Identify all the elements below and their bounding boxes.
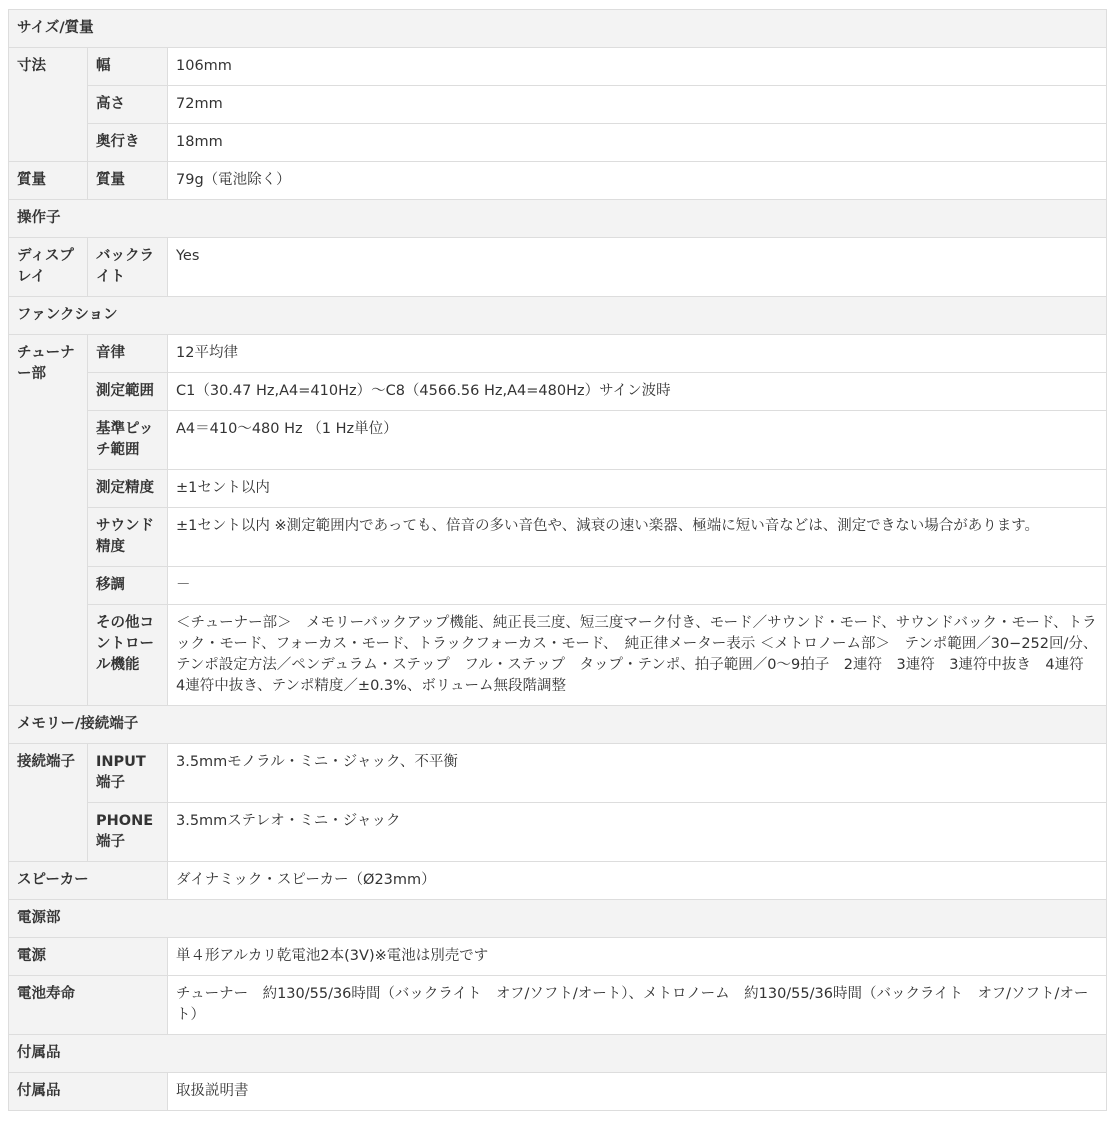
spec-row: 移調 － [9, 567, 1107, 605]
group-label: スピーカー [9, 862, 168, 900]
spec-row: 電池寿命 チューナー 約130/55/36時間（バックライト オフ/ソフト/オー… [9, 976, 1107, 1035]
sub-label: INPUT端子 [88, 744, 168, 803]
spec-row: 測定精度 ±1セント以内 [9, 470, 1107, 508]
sub-label: 測定精度 [88, 470, 168, 508]
sub-label: 測定範囲 [88, 373, 168, 411]
sub-label: その他コントロール機能 [88, 605, 168, 706]
sub-label: 基準ピッチ範囲 [88, 411, 168, 470]
spec-row: チューナー部 音律 12平均律 [9, 335, 1107, 373]
spec-row: PHONE端子 3.5mmステレオ・ミニ・ジャック [9, 803, 1107, 862]
group-label: 接続端子 [9, 744, 88, 862]
group-label: 質量 [9, 162, 88, 200]
spec-value: 3.5mmモノラル・ミニ・ジャック、不平衡 [168, 744, 1107, 803]
divider [8, 1110, 1070, 1111]
spec-row: 付属品 取扱説明書 [9, 1073, 1107, 1111]
sub-label: 質量 [88, 162, 168, 200]
section-header-row: 付属品 [9, 1035, 1107, 1073]
spec-value: 79g（電池除く） [168, 162, 1107, 200]
group-label: 付属品 [9, 1073, 168, 1111]
sub-label: 移調 [88, 567, 168, 605]
section-header-row: 電源部 [9, 900, 1107, 938]
spec-row: 測定範囲 C1（30.47 Hz,A4=410Hz）〜C8（4566.56 Hz… [9, 373, 1107, 411]
spec-row: 電源 単４形アルカリ乾電池2本(3V)※電池は別売です [9, 938, 1107, 976]
spec-row: 接続端子 INPUT端子 3.5mmモノラル・ミニ・ジャック、不平衡 [9, 744, 1107, 803]
group-label: ディスプレイ [9, 238, 88, 297]
section-title: 電源部 [9, 900, 1107, 938]
spec-value: 取扱説明書 [168, 1073, 1107, 1111]
spec-value: 18mm [168, 124, 1107, 162]
section-header-row: ファンクション [9, 297, 1107, 335]
spec-value: － [168, 567, 1107, 605]
section-header-row: メモリー/接続端子 [9, 706, 1107, 744]
section-title: サイズ/質量 [9, 10, 1107, 48]
spec-row: その他コントロール機能 ＜チューナー部＞ メモリーバックアップ機能、純正長三度、… [9, 605, 1107, 706]
spec-row: 高さ 72mm [9, 86, 1107, 124]
section-header-row: 操作子 [9, 200, 1107, 238]
section-title: メモリー/接続端子 [9, 706, 1107, 744]
section-header-row: サイズ/質量 [9, 10, 1107, 48]
spec-row: 質量 質量 79g（電池除く） [9, 162, 1107, 200]
sub-label: 高さ [88, 86, 168, 124]
spec-value: 106mm [168, 48, 1107, 86]
spec-value: 12平均律 [168, 335, 1107, 373]
sub-label: バックライト [88, 238, 168, 297]
spec-value: ±1セント以内 [168, 470, 1107, 508]
spec-table-container: サイズ/質量 寸法 幅 106mm 高さ 72mm 奥行き 18mm 質量 質量… [8, 9, 1107, 1111]
section-title: 操作子 [9, 200, 1107, 238]
spec-value: ±1セント以内 ※測定範囲内であっても、倍音の多い音色や、減衰の速い楽器、極端に… [168, 508, 1107, 567]
spec-value: ダイナミック・スピーカー（Ø23mm） [168, 862, 1107, 900]
spec-value: 3.5mmステレオ・ミニ・ジャック [168, 803, 1107, 862]
spec-row: スピーカー ダイナミック・スピーカー（Ø23mm） [9, 862, 1107, 900]
sub-label: 音律 [88, 335, 168, 373]
spec-value: チューナー 約130/55/36時間（バックライト オフ/ソフト/オート）、メト… [168, 976, 1107, 1035]
group-label: 寸法 [9, 48, 88, 162]
section-title: ファンクション [9, 297, 1107, 335]
spec-row: サウンド精度 ±1セント以内 ※測定範囲内であっても、倍音の多い音色や、減衰の速… [9, 508, 1107, 567]
spec-value: Yes [168, 238, 1107, 297]
spec-value: ＜チューナー部＞ メモリーバックアップ機能、純正長三度、短三度マーク付き、モード… [168, 605, 1107, 706]
spec-value: 72mm [168, 86, 1107, 124]
group-label: 電源 [9, 938, 168, 976]
sub-label: 幅 [88, 48, 168, 86]
spec-row: ディスプレイ バックライト Yes [9, 238, 1107, 297]
sub-label: PHONE端子 [88, 803, 168, 862]
spec-table: サイズ/質量 寸法 幅 106mm 高さ 72mm 奥行き 18mm 質量 質量… [8, 9, 1107, 1111]
spec-row: 基準ピッチ範囲 A4＝410〜480 Hz （1 Hz単位） [9, 411, 1107, 470]
spec-row: 寸法 幅 106mm [9, 48, 1107, 86]
spec-row: 奥行き 18mm [9, 124, 1107, 162]
spec-value: 単４形アルカリ乾電池2本(3V)※電池は別売です [168, 938, 1107, 976]
spec-value: A4＝410〜480 Hz （1 Hz単位） [168, 411, 1107, 470]
group-label: チューナー部 [9, 335, 88, 706]
section-title: 付属品 [9, 1035, 1107, 1073]
sub-label: 奥行き [88, 124, 168, 162]
spec-value: C1（30.47 Hz,A4=410Hz）〜C8（4566.56 Hz,A4=4… [168, 373, 1107, 411]
sub-label: サウンド精度 [88, 508, 168, 567]
group-label: 電池寿命 [9, 976, 168, 1035]
